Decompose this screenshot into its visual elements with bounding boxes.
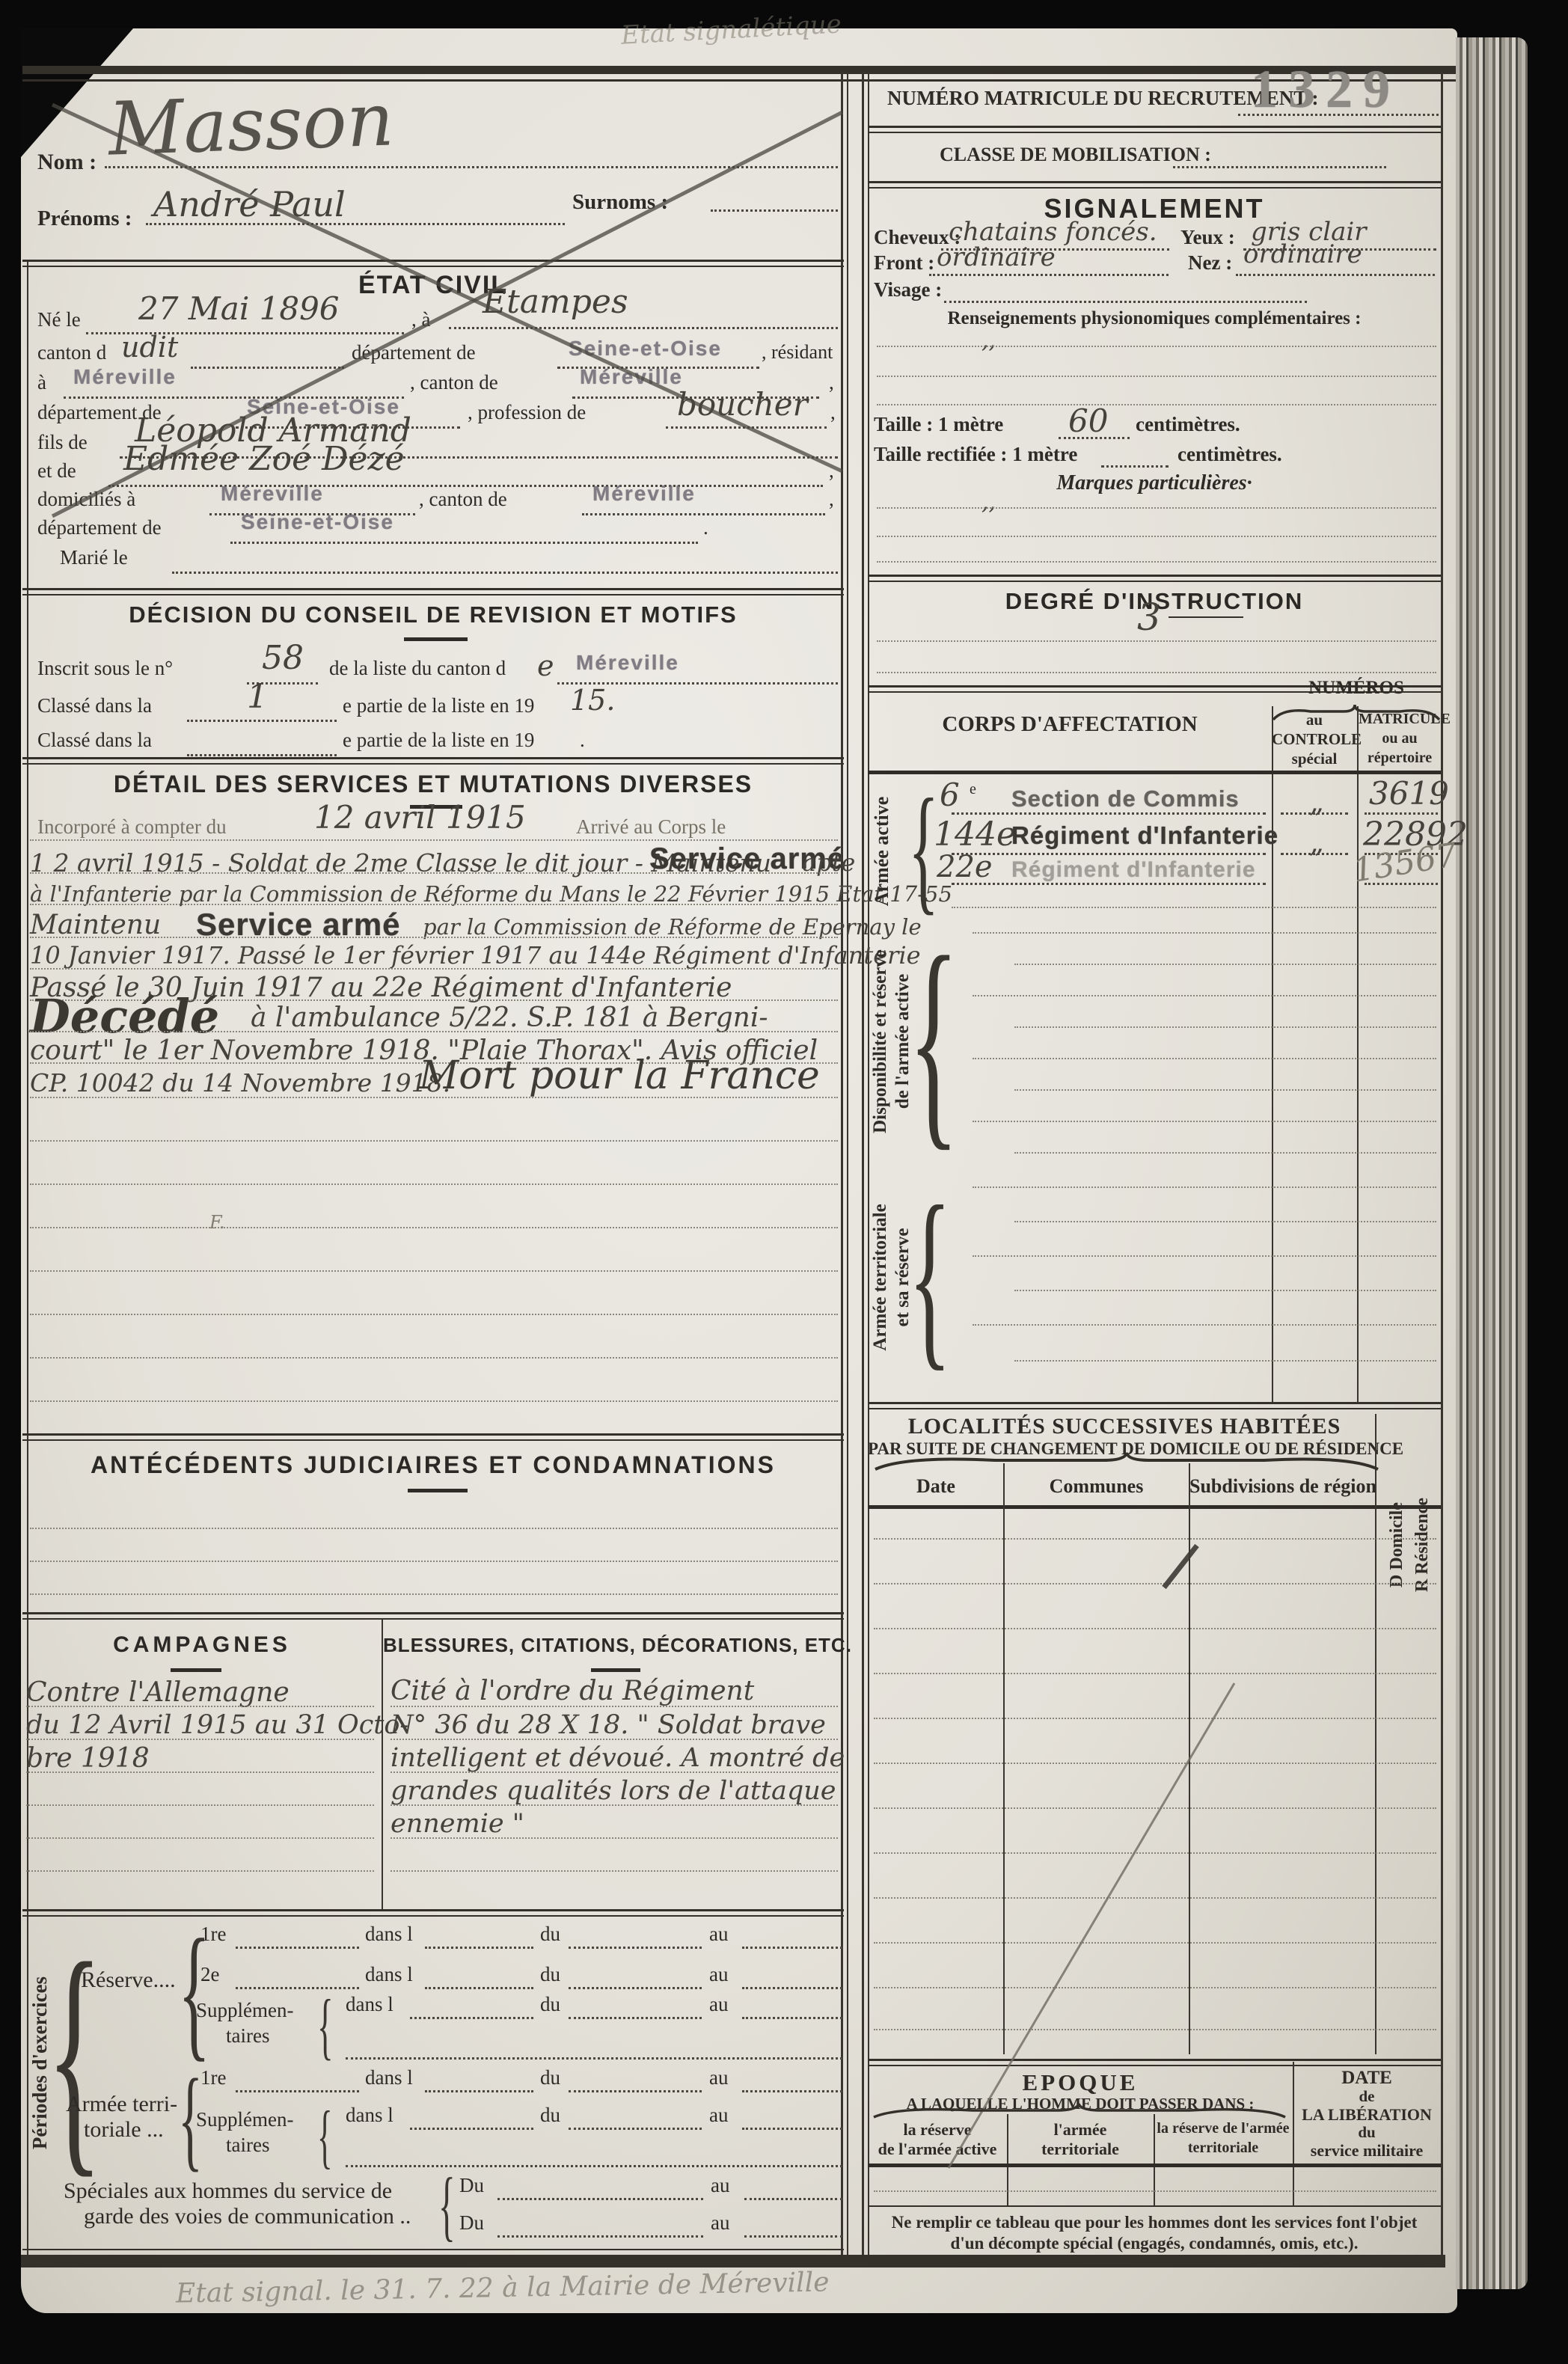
label: Classé dans la	[37, 729, 152, 752]
rule	[868, 126, 1441, 128]
label: au	[709, 1923, 728, 1946]
ditto-marks: ,,	[981, 328, 996, 354]
label: Marié le	[60, 546, 128, 569]
rule	[1169, 616, 1243, 618]
rule	[22, 79, 1456, 82]
dotted-line	[30, 1314, 838, 1315]
label: département de	[352, 341, 476, 364]
dotted-line	[230, 542, 698, 544]
dotted-line	[1173, 166, 1386, 168]
label: ,	[829, 488, 834, 511]
firstnames-handwritten: André Paul	[153, 184, 346, 224]
dotted-line	[874, 1897, 1436, 1899]
dotted-line	[877, 507, 1436, 509]
epoque-col1: de l'armée active	[868, 2140, 1007, 2159]
table-divider	[1003, 1463, 1005, 2054]
supplementaires-label: taires	[226, 2024, 269, 2048]
section-title-campagnes: CAMPAGNES	[22, 1632, 382, 1658]
canton-stamp: Méreville	[592, 482, 696, 506]
matricule-header: répertoire	[1359, 750, 1441, 767]
register-page-paper	[21, 28, 1457, 2313]
rule	[22, 1439, 844, 1441]
dotted-line	[1014, 964, 1436, 965]
dotted-line	[877, 672, 1436, 673]
dotted-line	[191, 367, 344, 369]
dotted-line	[1014, 1089, 1436, 1091]
label: du	[540, 2066, 560, 2089]
dotted-line	[30, 839, 838, 841]
dotted-line	[172, 572, 838, 574]
ditto-marks: ,,	[981, 489, 996, 515]
dotted-line	[666, 426, 827, 429]
label: du	[540, 1963, 560, 1986]
dotted-line	[742, 2090, 842, 2092]
dotted-line	[1014, 1290, 1436, 1291]
dotted-line	[1238, 114, 1439, 116]
rule	[868, 575, 1441, 577]
title-underline	[591, 1668, 640, 1672]
rule	[868, 1408, 1441, 1409]
armee-active-label: Armée active	[871, 781, 893, 922]
dotted-line	[1281, 853, 1348, 855]
dotted-line	[30, 968, 838, 970]
label: Yeux :	[1180, 226, 1235, 249]
instruction-value: 3	[1137, 595, 1161, 639]
rule	[868, 1402, 1441, 1404]
label: dans l	[365, 2066, 413, 2089]
speciales-label: garde des voies de communication ..	[84, 2204, 411, 2229]
profession-handwritten: boucher	[677, 386, 808, 423]
dotted-line	[30, 1227, 838, 1228]
dotted-line	[30, 1031, 838, 1032]
citation-line: intelligent et dévoué. A montré de	[391, 1743, 845, 1773]
dotted-line	[952, 812, 1266, 815]
rule	[22, 588, 844, 590]
dotted-line	[105, 166, 838, 168]
label: au	[709, 2066, 728, 2089]
birthdate-handwritten: 27 Mai 1896	[138, 290, 340, 327]
unit-number-handwritten: 144e	[934, 815, 1016, 854]
dotted-line	[26, 1706, 374, 1707]
epoque-subtitle: A LAQUELLE L'HOMME DOIT PASSER DANS :	[868, 2095, 1293, 2113]
date-liberation: DATE	[1293, 2068, 1441, 2089]
dotted-line	[146, 223, 565, 225]
nose-value: ordinaire	[1243, 239, 1362, 269]
label: canton d	[37, 341, 106, 364]
column-divider	[847, 72, 848, 2256]
localites-title: LOCALITÉS SUCCESSIVES HABITÉES	[868, 1414, 1381, 1439]
canton-stamp: Méreville	[576, 651, 679, 675]
label-faded: Arrivé au Corps le	[576, 815, 726, 839]
commune-stamp: Méreville	[73, 365, 177, 389]
dotted-line	[425, 1947, 533, 1949]
rule	[868, 2059, 1441, 2061]
dotted-line	[30, 1183, 838, 1185]
epoque-col2: territoriale	[1007, 2140, 1154, 2159]
rule	[868, 181, 1441, 183]
dotted-line	[874, 1942, 1436, 1944]
label: au	[709, 1993, 728, 2016]
citation-line: Cité à l'ordre du Régiment	[391, 1676, 754, 1706]
label: au	[709, 2104, 728, 2127]
unit-stamp: Régiment d'Infanterie	[1011, 821, 1278, 850]
service-line-handwritten: CP. 10042 du 14 Novembre 1918.	[30, 1068, 450, 1097]
dotted-line	[742, 1947, 842, 1949]
dotted-line	[497, 2198, 703, 2200]
dotted-line	[187, 754, 337, 756]
scanned-register-page: { "doc": { "top_pencil_note": "Etat sign…	[0, 0, 1568, 2364]
label: dans l	[365, 1923, 413, 1946]
label: centimètres.	[1136, 413, 1240, 436]
unit-number-handwritten: 22e	[937, 850, 993, 884]
list-number-handwritten: 58	[262, 639, 304, 677]
label: du	[540, 1923, 560, 1946]
dotted-line	[929, 274, 1169, 276]
epoque-col1: la réserve	[868, 2120, 1007, 2140]
controle-header: au	[1272, 711, 1357, 729]
dotted-line	[26, 1739, 374, 1740]
label: Du	[459, 2174, 484, 2197]
row-label: 2e	[200, 1963, 219, 1986]
rule	[22, 1612, 844, 1614]
forehead-value: ordinaire	[937, 242, 1056, 272]
dotted-line	[1014, 1026, 1436, 1028]
epoque-col3: territoriale	[1154, 2140, 1293, 2157]
table-header-rule	[868, 771, 1441, 774]
brace: {	[908, 928, 959, 1152]
right-page-border	[1441, 72, 1443, 2260]
mother-handwritten: Edmée Zoé Dézé	[123, 440, 405, 478]
rule	[22, 763, 844, 765]
service-line-handwritten: à l'Infanterie par la Commission de Réfo…	[30, 881, 952, 907]
dotted-line	[877, 561, 1436, 563]
rule	[868, 2065, 1441, 2066]
campaign-line: bre 1918	[26, 1743, 150, 1774]
table-divider	[1293, 2062, 1294, 2205]
dotted-line	[952, 907, 1436, 908]
pencil-mark: F.	[209, 1212, 225, 1233]
disponibilite-label: Disponibilité et réserve de l'armée acti…	[869, 925, 914, 1158]
rule	[22, 757, 844, 759]
matricule-header: MATRICULE	[1359, 711, 1441, 728]
rule	[868, 187, 1441, 189]
label: de la liste du canton d	[329, 657, 506, 680]
label: .	[703, 516, 708, 539]
dotted-line	[569, 2017, 702, 2019]
table-divider	[1189, 1463, 1190, 2054]
dotted-line	[187, 720, 337, 722]
reserve-label: Réserve....	[81, 1968, 176, 1993]
mort-pour-la-france-handwritten: Mort pour la France	[419, 1053, 820, 1098]
label: Inscrit sous le n°	[37, 657, 173, 680]
dotted-line	[744, 2235, 842, 2238]
territoriale-label: toriale ...	[84, 2117, 164, 2143]
label: ,	[829, 371, 834, 394]
dotted-line	[26, 1804, 374, 1806]
handwritten: e	[537, 649, 554, 682]
epoque-col2: l'armée	[1007, 2120, 1154, 2140]
rule	[22, 1909, 844, 1911]
numeros-header: NUMÉROS	[1272, 678, 1441, 699]
service-line-handwritten: 10 Janvier 1917. Passé le 1er février 19…	[30, 941, 921, 970]
service-date-handwritten: 12 avril 1915	[314, 799, 526, 836]
supplementaires-label: Supplémen-	[196, 1999, 293, 2022]
campaign-column-divider	[382, 1620, 383, 1911]
label: département de	[37, 516, 162, 539]
label: ,	[829, 459, 834, 483]
label: e partie de la liste en 19	[343, 729, 534, 752]
dotted-line	[877, 640, 1436, 642]
rule	[868, 2205, 1441, 2207]
date-liberation: LA LIBÉRATION	[1293, 2105, 1441, 2125]
label: et de	[37, 459, 76, 483]
epoque-title: EPOQUE	[868, 2069, 1293, 2096]
rule	[868, 581, 1441, 582]
dotted-line	[973, 1324, 1436, 1326]
departement-stamp: Seine-et-Oise	[241, 510, 394, 534]
dotted-line	[391, 1706, 838, 1707]
dotted-line	[236, 1987, 359, 1989]
dotted-line	[391, 1804, 838, 1806]
epoque-col3: la réserve de l'armée	[1154, 2120, 1293, 2137]
book-page-edges	[1456, 37, 1528, 2289]
dotted-line	[569, 2090, 702, 2092]
label: Né le	[37, 308, 81, 331]
table-header-rule	[868, 2164, 1441, 2167]
label: à	[37, 371, 46, 394]
dotted-line	[973, 1058, 1436, 1059]
canton-handwritten: udit	[121, 331, 178, 364]
rule	[22, 594, 844, 595]
date-liberation: du	[1293, 2123, 1441, 2142]
label: , résidant	[762, 341, 833, 364]
territoriale-reserve-label-line: Armée territoriale	[869, 1178, 892, 1377]
citation-line: N° 36 du 28 X 18. " Soldat brave	[391, 1710, 826, 1740]
dotted-line	[425, 2090, 533, 2092]
table-divider	[1375, 1414, 1376, 2054]
label: dans l	[346, 2104, 393, 2127]
dotted-line	[973, 1186, 1436, 1188]
firstnames-label: Prénoms :	[37, 206, 132, 231]
canton-stamp: Méreville	[580, 365, 683, 389]
label: dans l	[346, 1993, 393, 2016]
dotted-line	[1014, 1152, 1436, 1154]
brace: {	[317, 2102, 333, 2169]
dotted-line	[346, 2057, 842, 2060]
label: , canton de	[419, 488, 507, 511]
dotted-line	[425, 1987, 533, 1989]
domicile-label-line: D Domicile	[1384, 1421, 1409, 1668]
height-value: 60	[1068, 402, 1108, 439]
marks-label: Marques particulières·	[868, 471, 1441, 495]
dotted-line	[569, 1987, 702, 1989]
surname-handwritten: Masson	[107, 77, 395, 172]
section-title-blessures: BLESSURES, CITATIONS, DÉCORATIONS, ETC.	[383, 1634, 844, 1657]
dotted-line	[742, 1987, 842, 1989]
departement-stamp: Seine-et-Oise	[569, 337, 722, 361]
dotted-line	[1014, 1360, 1436, 1362]
dotted-line	[30, 1593, 838, 1595]
rule	[868, 132, 1441, 133]
dotted-line	[569, 1947, 702, 1949]
unit-stamp-faint: Régiment d'Infanterie	[1011, 857, 1256, 883]
dotted-line	[1365, 812, 1438, 815]
unit-stamp: Section de Commis	[1011, 786, 1240, 812]
section-title-antecedents: ANTÉCÉDENTS JUDICIAIRES ET CONDAMNATIONS	[22, 1451, 844, 1479]
dotted-line	[410, 2017, 533, 2019]
column-divider	[841, 72, 843, 2256]
corps-affectation-header: CORPS D'AFFECTATION	[869, 712, 1270, 737]
table-divider	[1272, 706, 1273, 1403]
section-title-services: DÉTAIL DES SERVICES ET MUTATIONS DIVERSE…	[22, 771, 844, 798]
label: Visage :	[874, 278, 942, 301]
dotted-line	[874, 1673, 1436, 1674]
dotted-line	[30, 1400, 838, 1402]
dotted-line	[874, 1763, 1436, 1764]
dotted-line	[711, 209, 838, 212]
dotted-line	[877, 536, 1436, 537]
brace: {	[438, 2168, 456, 2243]
dotted-line	[30, 1097, 838, 1098]
label: ,	[830, 401, 836, 424]
dotted-line	[30, 872, 838, 874]
dotted-line	[582, 513, 825, 515]
row-label: 1re	[200, 1923, 226, 1946]
label: Du	[459, 2211, 484, 2235]
label: dans l	[365, 1963, 413, 1986]
service-line-handwritten: par la Commission de Réforme de Epernay …	[423, 914, 922, 940]
campaign-line: Contre l'Allemagne	[26, 1677, 290, 1708]
service-line-handwritten: à l'ambulance 5/22. S.P. 181 à Bergni-	[251, 1002, 768, 1033]
dotted-line	[874, 1538, 1436, 1540]
col-header-subdivisions: Subdivisions de région	[1189, 1475, 1375, 1498]
dotted-line	[30, 1561, 838, 1562]
domicile-residence-label: D Domicile R Résidence	[1384, 1421, 1435, 1668]
dotted-line	[742, 2128, 842, 2130]
dotted-line	[391, 1870, 838, 1872]
dotted-line	[26, 1837, 374, 1839]
dotted-line	[1236, 274, 1435, 276]
dotted-line	[744, 2198, 842, 2200]
ordinal-e: e	[970, 781, 976, 798]
dotted-line	[236, 2090, 359, 2092]
dotted-line	[973, 1255, 1436, 1257]
domicile-stamp: Méreville	[221, 482, 324, 506]
label: , à	[411, 308, 430, 331]
dotted-line	[973, 932, 1436, 934]
rule	[22, 2249, 844, 2250]
title-underline	[404, 637, 468, 641]
supplementaires-label: taires	[226, 2134, 269, 2157]
speciales-label: Spéciales aux hommes du service de	[64, 2178, 392, 2204]
title-underline	[171, 1668, 221, 1672]
territoriale-label: Armée terri-	[66, 2092, 177, 2117]
rule	[22, 1915, 844, 1917]
dotted-line	[26, 1870, 374, 1872]
dotted-line	[449, 327, 838, 329]
row-label: 1re	[200, 2066, 226, 2089]
label: .	[580, 729, 585, 752]
dotted-line	[497, 2235, 703, 2238]
table-divider	[1357, 706, 1359, 1403]
dotted-line	[410, 2128, 533, 2130]
dotted-line	[1101, 465, 1169, 468]
dotted-line	[1281, 812, 1348, 815]
dotted-line	[973, 995, 1436, 996]
dotted-line	[30, 904, 838, 905]
dotted-line	[874, 2190, 1436, 2192]
dotted-line	[346, 2165, 842, 2167]
surname-label: Nom :	[37, 150, 97, 175]
dotted-line	[26, 1772, 374, 1773]
dotted-line	[569, 2128, 702, 2130]
territoriale-reserve-label: Armée territoriale et sa réserve	[869, 1178, 914, 1377]
dotted-line	[30, 1357, 838, 1359]
brace: {	[908, 1181, 952, 1372]
label: au	[711, 2174, 729, 2197]
dotted-line	[30, 1140, 838, 1142]
col-header-date: Date	[868, 1475, 1004, 1498]
classe-mobilisation-label: CLASSE DE MOBILISATION :	[940, 144, 1211, 166]
height-rectified-label: Taille rectifiée : 1 mètre	[874, 443, 1077, 466]
dotted-line	[391, 1837, 838, 1839]
dotted-line	[874, 1987, 1436, 1988]
label: domiciliés à	[37, 488, 135, 511]
dotted-line	[952, 853, 1266, 855]
label: au	[709, 1963, 728, 1986]
epoque-note: Ne remplir ce tableau que pour les homme…	[868, 2213, 1441, 2232]
bottom-border-band	[21, 2255, 1445, 2267]
part-number-handwritten: 1	[247, 678, 268, 716]
dotted-line	[236, 1947, 359, 1949]
right-column-border	[868, 72, 869, 2256]
dotted-line	[874, 2029, 1436, 2030]
dotted-line	[874, 1583, 1436, 1584]
dotted-line	[874, 1852, 1436, 1854]
epoque-note: d'un décompte spécial (engagés, condamné…	[868, 2234, 1441, 2253]
title-underline	[408, 1489, 468, 1492]
matricule-number-value: 1329	[1251, 58, 1400, 120]
matricule-header: ou au	[1359, 730, 1441, 747]
dotted-line	[742, 2017, 842, 2019]
dotted-line	[973, 1121, 1436, 1122]
label: au	[711, 2211, 729, 2235]
dotted-line	[877, 404, 1436, 405]
controle-header: CONTROLE	[1272, 730, 1357, 749]
dotted-line	[874, 1628, 1436, 1629]
year-handwritten: 15.	[570, 684, 615, 717]
label: du	[540, 2104, 560, 2127]
dotted-line	[30, 1528, 838, 1529]
citation-line: grandes qualités lors de l'attaque	[391, 1776, 836, 1806]
brace: {	[317, 1990, 334, 2061]
dotted-line	[877, 346, 1436, 347]
dotted-line	[877, 376, 1436, 377]
dotted-line	[108, 485, 823, 487]
birthplace-handwritten: Etampes	[483, 283, 628, 321]
disponibilite-label-line: Disponibilité et réserve	[869, 925, 892, 1158]
dotted-line	[391, 1772, 838, 1773]
label: fils de	[37, 431, 88, 454]
aliases-label: Surnoms :	[572, 190, 668, 215]
physionomy-label: Renseignements physionomiques complément…	[868, 308, 1441, 329]
dotted-line	[952, 883, 1266, 885]
date-liberation: service militaire	[1293, 2141, 1441, 2161]
dotted-line	[391, 1739, 838, 1740]
rule	[22, 266, 844, 267]
dotted-line	[1365, 883, 1438, 885]
supplementaires-label: Supplémen-	[196, 2108, 293, 2131]
